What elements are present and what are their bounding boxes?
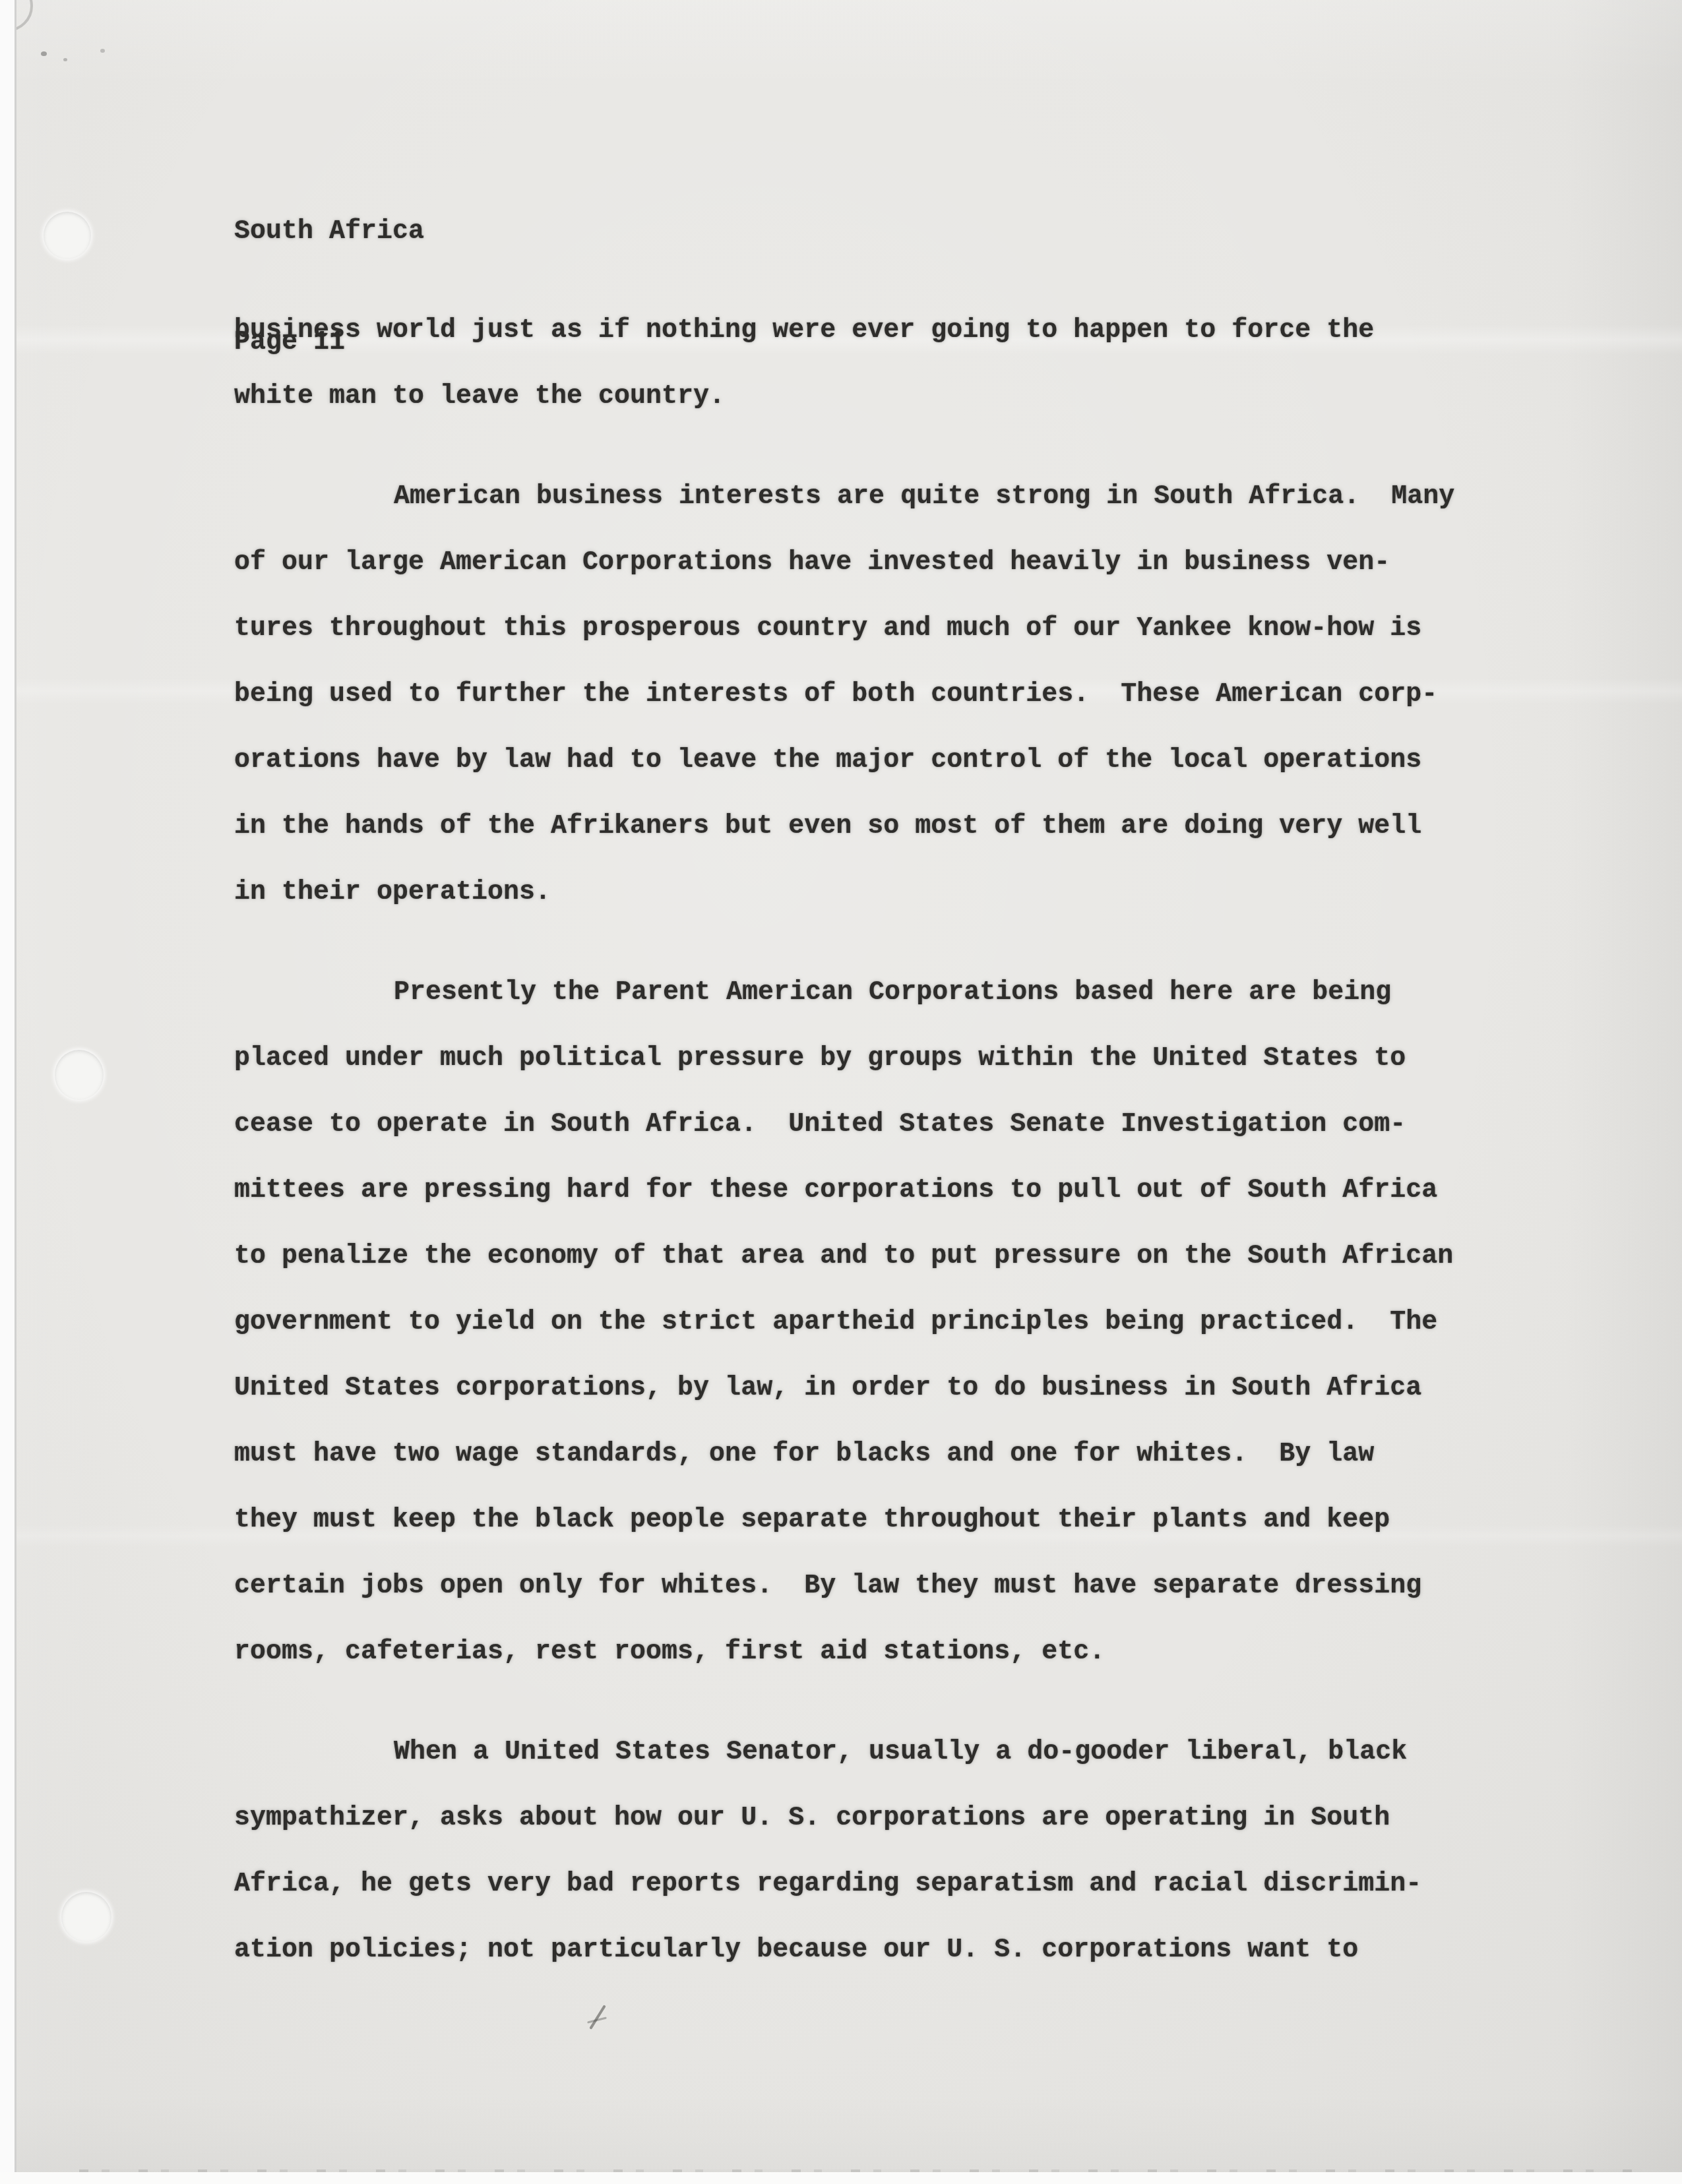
text-line: sympathizer, asks about how our U. S. co… <box>234 1786 1527 1852</box>
paper-speck <box>63 58 67 61</box>
document-body: business world just as if nothing were e… <box>234 298 1527 1984</box>
text-line: United States corporations, by law, in o… <box>234 1356 1527 1422</box>
text-line: When a United States Senator, usually a … <box>234 1720 1527 1786</box>
pencil-mark <box>584 2003 613 2032</box>
text-line: orations have by law had to leave the ma… <box>234 728 1527 794</box>
text-line: business world just as if nothing were e… <box>234 298 1527 364</box>
text-line: white man to leave the country. <box>234 364 1527 430</box>
text-line: certain jobs open only for whites. By la… <box>234 1554 1527 1620</box>
punch-hole <box>44 212 91 259</box>
pencil-stroke <box>587 2017 607 2023</box>
text-line: Presently the Parent American Corporatio… <box>234 960 1527 1026</box>
text-line: mittees are pressing hard for these corp… <box>234 1158 1527 1224</box>
text-line: American business interests are quite st… <box>234 464 1527 530</box>
paper-speck <box>41 51 47 56</box>
text-line: must have two wage standards, one for bl… <box>234 1422 1527 1488</box>
paper-page: South Africa Page 11 business world just… <box>0 0 1682 2184</box>
text-line: cease to operate in South Africa. United… <box>234 1092 1527 1158</box>
text-line: tures throughout this prosperous country… <box>234 596 1527 662</box>
text-line: they must keep the black people separate… <box>234 1488 1527 1554</box>
text-line: being used to further the interests of b… <box>234 662 1527 728</box>
scan-edge-bottom <box>0 2172 1682 2184</box>
punch-hole <box>61 1892 111 1942</box>
text-line: in the hands of the Afrikaners but even … <box>234 794 1527 860</box>
paragraph: When a United States Senator, usually a … <box>234 1720 1527 1984</box>
text-line: government to yield on the strict aparth… <box>234 1290 1527 1356</box>
text-line: Africa, he gets very bad reports regardi… <box>234 1852 1527 1918</box>
pencil-stroke <box>589 2005 606 2030</box>
text-line: ation policies; not particularly because… <box>234 1918 1527 1984</box>
text-line: of our large American Corporations have … <box>234 530 1527 596</box>
paragraph: American business interests are quite st… <box>234 464 1527 926</box>
text-line: placed under much political pressure by … <box>234 1026 1527 1092</box>
text-line: rooms, cafeterias, rest rooms, first aid… <box>234 1620 1527 1685</box>
paper-speck <box>100 49 105 53</box>
paragraph: business world just as if nothing were e… <box>234 298 1527 430</box>
document-title: South Africa <box>234 214 424 251</box>
scan-edge-left <box>0 0 16 2184</box>
scanned-document: { "document": { "header": { "title": "So… <box>0 0 1682 2184</box>
paragraph: Presently the Parent American Corporatio… <box>234 960 1527 1685</box>
text-line: to penalize the economy of that area and… <box>234 1224 1527 1290</box>
punch-hole <box>55 1050 104 1100</box>
text-line: in their operations. <box>234 860 1527 926</box>
